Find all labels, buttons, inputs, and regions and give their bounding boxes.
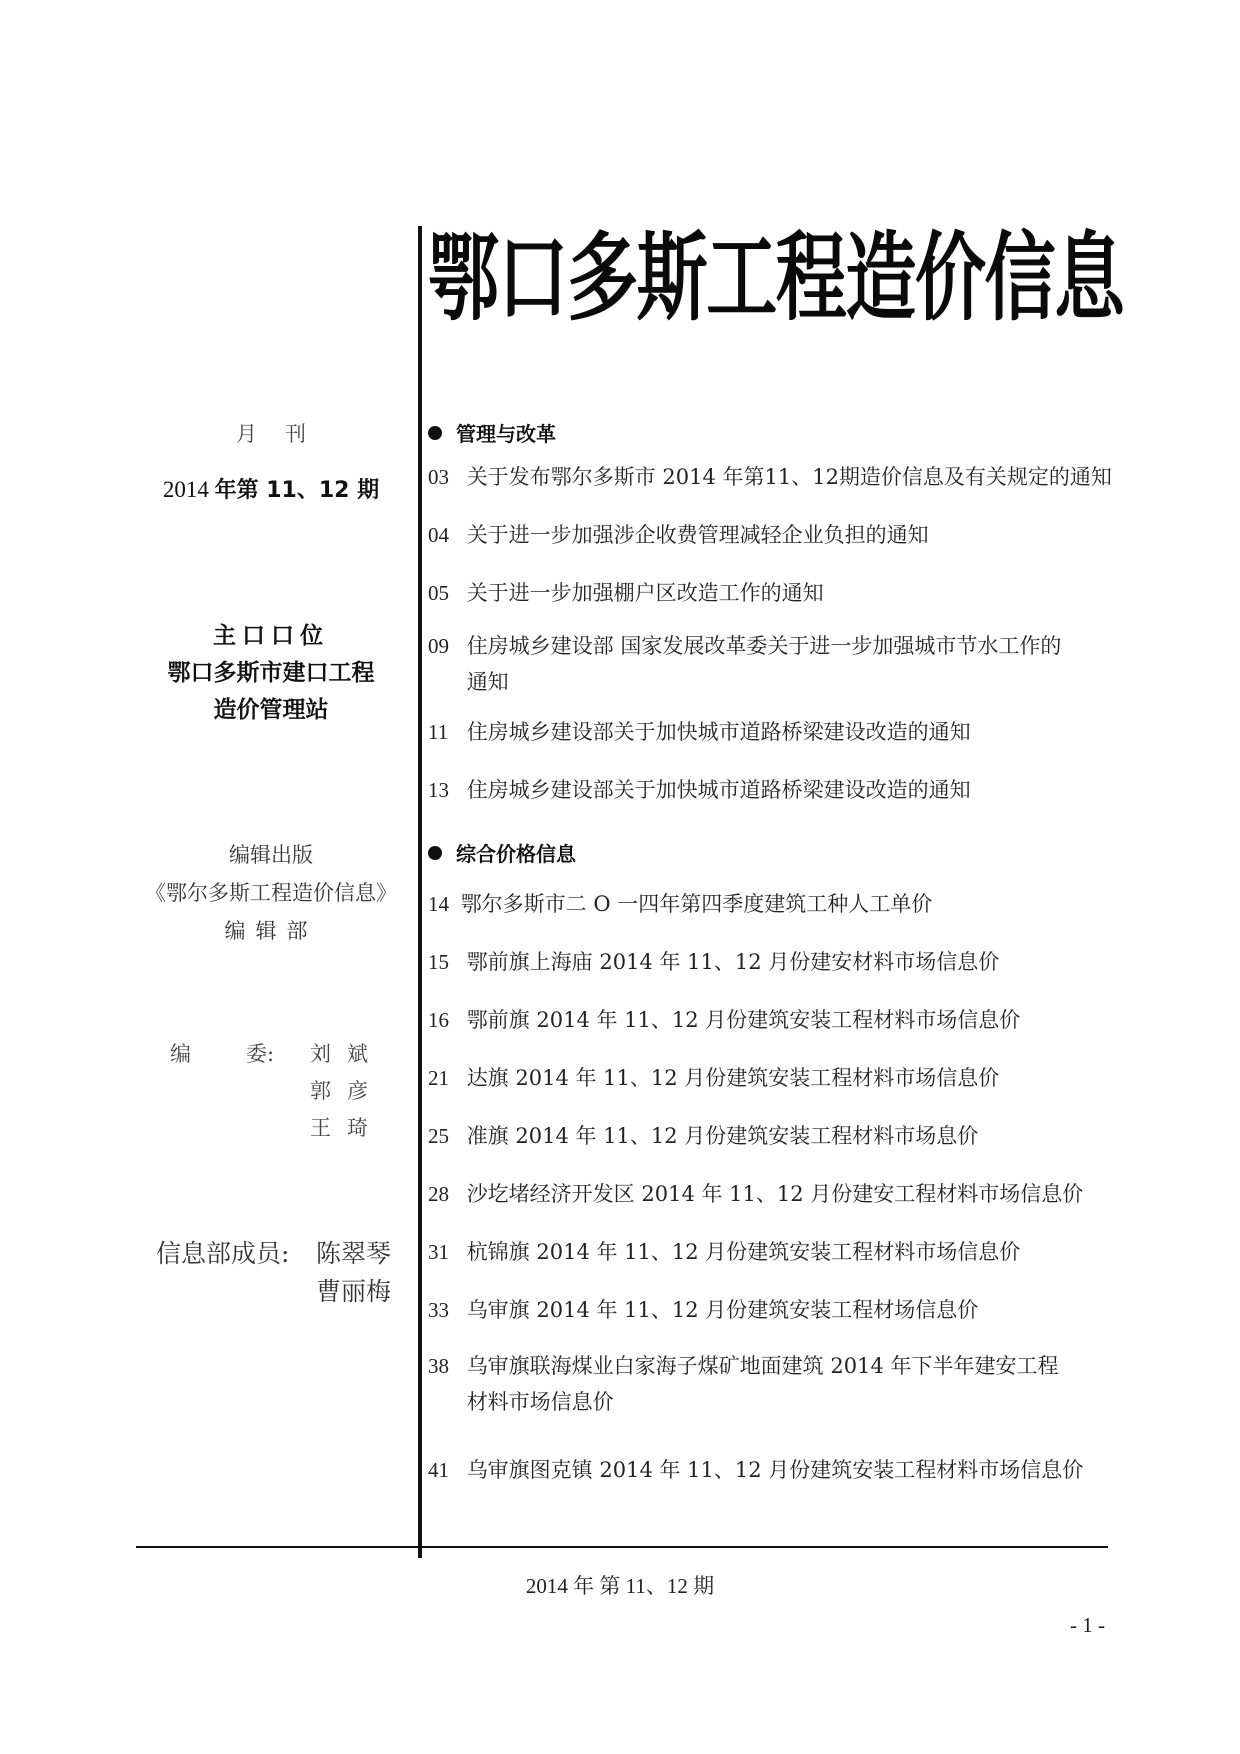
toc-item[interactable]: 28 沙圪堵经济开发区 2014 年 11、12 月份建安工程材料市场信息价 [428,1176,1083,1212]
toc-item-title: 乌审旗联海煤业白家海子煤矿地面建筑 2014 年下半年建安工程 材料市场信息价 [467,1348,1059,1420]
publisher-label: 编辑出版 [136,836,406,874]
toc-item[interactable]: 38 乌审旗联海煤业白家海子煤矿地面建筑 2014 年下半年建安工程 材料市场信… [428,1348,1058,1420]
committee-member: 郭彦 [310,1073,384,1110]
toc-item[interactable]: 21 达旗 2014 年 11、12 月份建筑安装工程材料市场信息价 [428,1060,999,1096]
toc-page-number: 14 [428,886,454,922]
toc-item[interactable]: 14 鄂尔多斯市二 O 一四年第四季度建筑工种人工单价 [428,886,932,922]
info-dept-member: 曹丽梅 [316,1273,391,1311]
sponsor-org-line2: 造价管理站 [136,692,406,729]
sponsor-block: 主口口位 鄂口多斯市建口工程 造价管理站 [136,618,406,729]
toc-page-number: 28 [428,1176,460,1212]
publication-frequency: 月刊 [136,418,406,448]
toc-item-title: 杭锦旗 2014 年 11、12 月份建筑安装工程材料市场信息价 [467,1234,1021,1270]
toc-page-number: 03 [428,459,460,495]
toc-item[interactable]: 15 鄂前旗上海庙 2014 年 11、12 月份建安材料市场信息价 [428,944,999,980]
toc-item-title: 关于进一步加强棚户区改造工作的通知 [467,575,824,611]
sponsor-org-line1: 鄂口多斯市建口工程 [136,655,406,692]
sponsor-label: 主口口位 [136,618,406,655]
committee-members: 刘斌 郭彦 王琦 [310,1036,384,1147]
toc-item[interactable]: 25 准旗 2014 年 11、12 月份建筑安装工程材料市场息价 [428,1118,978,1154]
toc-page-number: 33 [428,1292,460,1328]
footer-issue: 2014 年 第 11、12 期 [0,1570,1240,1600]
toc-item-title: 鄂前旗上海庙 2014 年 11、12 月份建安材料市场信息价 [467,944,1000,980]
toc-page-number: 05 [428,575,460,611]
committee-member: 刘斌 [310,1036,384,1073]
toc-item-title: 住房城乡建设部关于加快城市道路桥梁建设改造的通知 [467,772,971,808]
toc-item[interactable]: 41 乌审旗图克镇 2014 年 11、12 月份建筑安装工程材料市场信息价 [428,1452,1083,1488]
toc-page-number: 25 [428,1118,460,1154]
publisher-dept: 编辑部 [136,912,406,950]
bullet-icon [428,426,442,440]
info-dept-member: 陈翠琴 [316,1235,391,1273]
toc-item-title: 关于进一步加强涉企收费管理减轻企业负担的通知 [467,517,929,553]
toc-page-number: 38 [428,1348,460,1384]
issue-rest: 年第 11、12 期 [215,478,380,503]
toc-section-management: 管理与改革 [428,418,556,447]
toc-item-title: 达旗 2014 年 11、12 月份建筑安装工程材料市场信息价 [467,1060,1000,1096]
info-dept-members: 陈翠琴 曹丽梅 [316,1235,391,1311]
toc-page-number: 11 [428,714,460,750]
toc-item-title: 沙圪堵经济开发区 2014 年 11、12 月份建安工程材料市场信息价 [467,1176,1084,1212]
toc-page-number: 09 [428,628,460,664]
toc-item-title: 准旗 2014 年 11、12 月份建筑安装工程材料市场息价 [467,1118,979,1154]
issue-number: 2014 年第 11、12 期 [136,473,406,504]
toc-page-number: 15 [428,944,460,980]
toc-item[interactable]: 03 关于发布鄂尔多斯市 2014 年第11、12期造价信息及有关规定的通知 [428,459,1112,495]
footer-divider [136,1546,1108,1548]
toc-item[interactable]: 11 住房城乡建设部关于加快城市道路桥梁建设改造的通知 [428,714,971,750]
committee-member: 王琦 [310,1110,384,1147]
toc-item-title: 鄂前旗 2014 年 11、12 月份建筑安装工程材料市场信息价 [467,1002,1021,1038]
toc-item[interactable]: 33 乌审旗 2014 年 11、12 月份建筑安装工程材场信息价 [428,1292,978,1328]
toc-item-title: 乌审旗图克镇 2014 年 11、12 月份建筑安装工程材料市场信息价 [467,1452,1084,1488]
toc-item-title: 鄂尔多斯市二 O 一四年第四季度建筑工种人工单价 [461,886,933,922]
toc-item[interactable]: 09 住房城乡建设部 国家发展改革委关于进一步加强城市节水工作的 通知 [428,628,1061,700]
toc-page-number: 21 [428,1060,460,1096]
toc-page-number: 41 [428,1452,460,1488]
toc-section-prices: 综合价格信息 [428,838,576,867]
toc-item-title: 住房城乡建设部关于加快城市道路桥梁建设改造的通知 [467,714,971,750]
info-dept-label: 信息部成员: [156,1235,289,1273]
toc-page-number: 16 [428,1002,460,1038]
toc-item[interactable]: 05 关于进一步加强棚户区改造工作的通知 [428,575,824,611]
toc-item[interactable]: 31 杭锦旗 2014 年 11、12 月份建筑安装工程材料市场信息价 [428,1234,1020,1270]
toc-page-number: 04 [428,517,460,553]
bullet-icon [428,846,442,860]
issue-year: 2014 [163,477,209,502]
toc-item-title: 住房城乡建设部 国家发展改革委关于进一步加强城市节水工作的 通知 [467,628,1062,700]
magazine-title: 鄂口多斯工程造价信息 [428,218,1124,338]
toc-item[interactable]: 13 住房城乡建设部关于加快城市道路桥梁建设改造的通知 [428,772,971,808]
vertical-divider [418,226,422,1558]
toc-item[interactable]: 04 关于进一步加强涉企收费管理减轻企业负担的通知 [428,517,929,553]
toc-item[interactable]: 16 鄂前旗 2014 年 11、12 月份建筑安装工程材料市场信息价 [428,1002,1020,1038]
toc-page-number: 13 [428,772,460,808]
page-number: - 1 - [1070,1613,1105,1638]
toc-item-title: 乌审旗 2014 年 11、12 月份建筑安装工程材场信息价 [467,1292,979,1328]
toc-item-title: 关于发布鄂尔多斯市 2014 年第11、12期造价信息及有关规定的通知 [467,459,1112,495]
publisher-block: 编辑出版 《鄂尔多斯工程造价信息》 编辑部 [136,836,406,950]
publisher-name: 《鄂尔多斯工程造价信息》 [136,874,406,912]
toc-page-number: 31 [428,1234,460,1270]
